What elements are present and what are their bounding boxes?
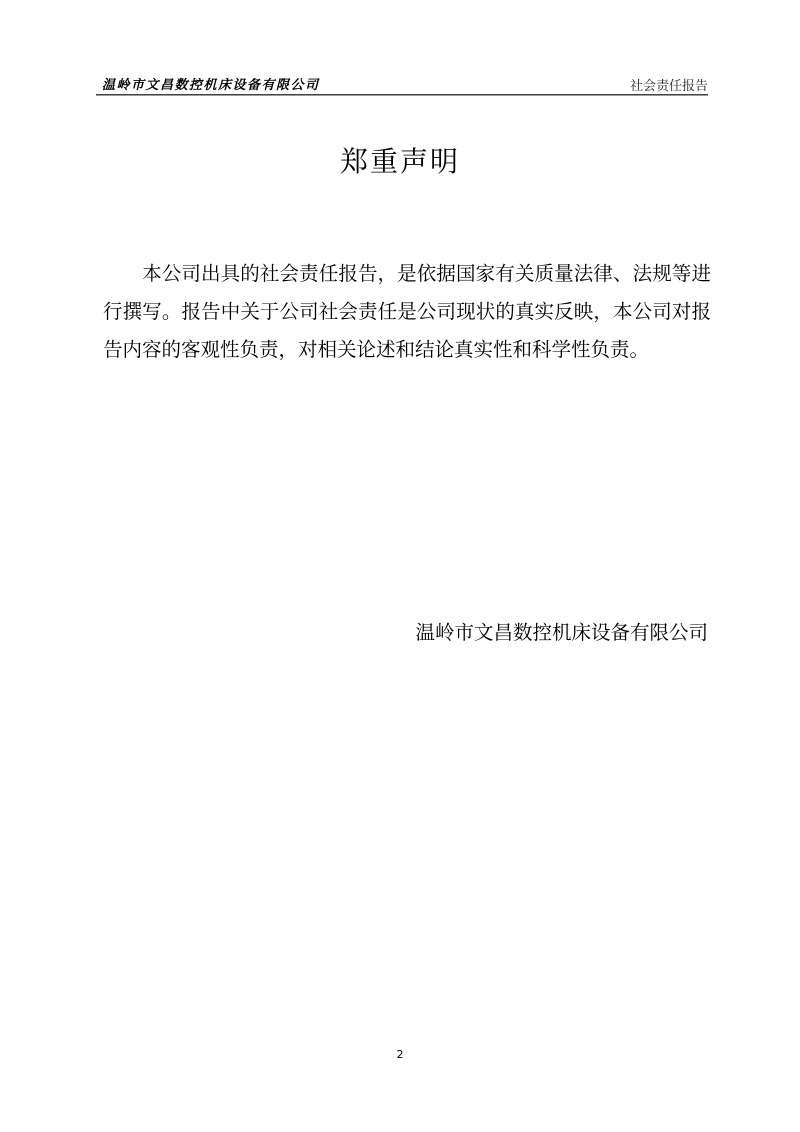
declaration-text: 本公司出具的社会责任报告，是依据国家有关质量法律、法规等进行撰写。报告中关于公司…	[103, 262, 711, 361]
page-number: 2	[0, 1048, 800, 1061]
page-title: 郑重声明	[0, 140, 800, 180]
header-company-name: 温岭市文昌数控机床设备有限公司	[102, 74, 320, 93]
header-divider	[96, 94, 708, 96]
header-report-type: 社会责任报告	[630, 75, 708, 94]
signature-company: 温岭市文昌数控机床设备有限公司	[415, 617, 708, 645]
declaration-paragraph: 本公司出具的社会责任报告，是依据国家有关质量法律、法规等进行撰写。报告中关于公司…	[103, 255, 711, 369]
